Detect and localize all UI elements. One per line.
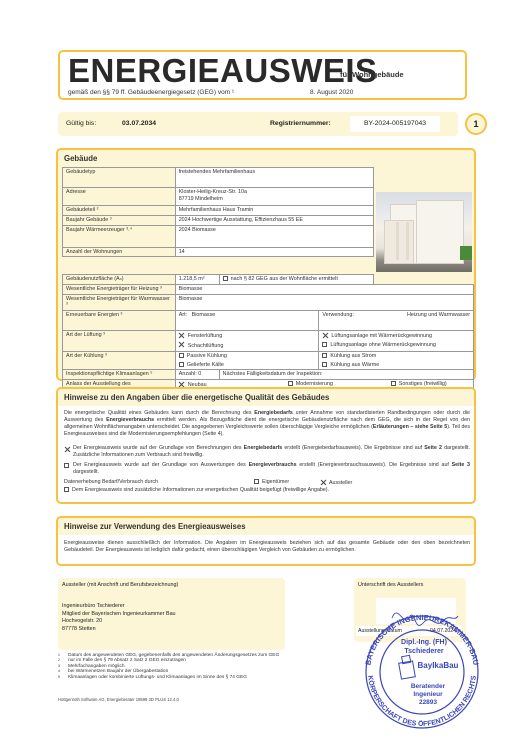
data-collection-row: Datenerhebung Bedarf/Verbrauch durch Eig… [64, 479, 470, 486]
checkbox-passive-cooling[interactable] [179, 353, 184, 358]
svg-text:Tschiederer: Tschiederer [404, 648, 443, 655]
energy-table: Gebäudenutzfläche (Aₙ) 1.218,5 m² nach §… [62, 274, 474, 398]
law-reference: gemäß den §§ 79 ff. Gebäudeenergiegesetz… [68, 89, 234, 96]
table-row: Baujahr Gebäude ³2024 Hochwertige Aussta… [63, 215, 374, 225]
table-row: Erneuerbare Energien ³ Art: Biomasse Ver… [63, 311, 474, 331]
quality-section: Hinweise zu den Angaben über die energet… [56, 387, 476, 504]
checkbox-delivered-cold[interactable] [179, 362, 184, 367]
valid-until-value: 03.07.2034 [122, 120, 156, 127]
checkbox-shaft-ventilation[interactable] [179, 342, 185, 348]
checkbox-consumption-based[interactable] [64, 463, 69, 468]
checkbox-living-area[interactable] [223, 276, 228, 281]
building-section: Gebäude Gebäudetypfreistehendes Mehrfami… [56, 148, 476, 381]
checkbox-owner[interactable] [254, 479, 259, 484]
checkbox-additional-info[interactable] [64, 487, 69, 492]
checkbox-demand-based[interactable] [64, 446, 70, 452]
issuer-label: Aussteller (mit Anschrift und Berufsbeze… [62, 582, 178, 588]
table-row: AdresseKloster-Heilig-Kreuz-Str. 10a8771… [63, 188, 374, 206]
building-table: Gebäudetypfreistehendes Mehrfamilienhaus… [62, 167, 374, 257]
table-row: Anzahl der Wohnungen14 [63, 247, 374, 257]
checkbox-electric-cooling[interactable] [322, 353, 327, 358]
svg-text:Ingenieur: Ingenieur [413, 691, 443, 698]
validity-bar: Gültig bis: 03.07.2034 Registriernummer:… [58, 112, 458, 136]
law-date: 8. August 2020 [310, 89, 353, 96]
table-row: Gebäudetypfreistehendes Mehrfamilienhaus [63, 168, 374, 188]
table-row: Gebäudenutzfläche (Aₙ) 1.218,5 m² nach §… [63, 275, 474, 285]
issuer-address: Ingenieurbüro Tschiederer Mitglied der B… [62, 603, 176, 633]
quality-section-title: Hinweise zu den Angaben über die energet… [64, 393, 329, 402]
usage-section-title: Hinweise zur Verwendung des Energieauswe… [64, 522, 246, 531]
svg-text:Dipl.-Ing. (FH): Dipl.-Ing. (FH) [401, 639, 447, 646]
checkbox-no-heat-recovery[interactable] [322, 342, 327, 347]
building-section-title: Gebäude [64, 154, 97, 163]
signature-label: Unterschrift des Ausstellers [358, 582, 423, 588]
registration-label: Registriernummer: [270, 120, 331, 127]
demand-option: Der Energieausweis wurde auf der Grundla… [64, 445, 470, 459]
checkbox-heat-cooling[interactable] [322, 362, 327, 367]
checkbox-window-ventilation[interactable] [179, 332, 185, 338]
svg-text:22893: 22893 [419, 699, 437, 706]
quality-intro: Die energetische Qualität eines Gebäudes… [64, 410, 470, 438]
table-row: Art der Lüftung ³ Fensterlüftung Lüftung… [63, 331, 474, 341]
table-row: Gebäudeteil ²Mehrfamilienhaus Haus Trami… [63, 206, 374, 216]
footnotes: 1Datum des angewendeten GEG, gegebenenfa… [58, 653, 279, 680]
official-stamp: BAYERISCHE INGENIEUREKAMMER-BAU KÖRPERSC… [352, 600, 492, 730]
svg-text:Beratender: Beratender [411, 683, 446, 690]
document-title: ENERGIEAUSWEIS [68, 54, 378, 88]
usage-text: Energieausweise dienen ausschließlich de… [64, 540, 470, 554]
page-number-badge: 1 [465, 113, 487, 135]
checkbox-heat-recovery[interactable] [322, 332, 328, 338]
table-row: Art der Kühlung ³ Passive Kühlung Kühlun… [63, 351, 474, 360]
table-row: Wesentliche Energieträger für Heizung ³B… [63, 284, 474, 294]
consumption-option: Der Energieausweis wurde auf der Grundla… [64, 462, 470, 476]
issuer-box: Aussteller (mit Anschrift und Berufsbeze… [58, 578, 285, 650]
checkbox-modernization[interactable] [288, 381, 293, 386]
checkbox-other[interactable] [391, 381, 396, 386]
checkbox-issuer[interactable] [320, 479, 326, 485]
registration-number: BY-2024-005197043 [350, 116, 440, 132]
software-credit: Hottgenroth Software AG, Energieberater … [58, 697, 179, 702]
table-row: Inspektionspflichtige Klimaanlagen ⁵ Anz… [63, 370, 474, 380]
title-block: ENERGIEAUSWEIS für Wohngebäude gemäß den… [58, 50, 467, 100]
table-row: Baujahr Wärmeerzeuger ³˒⁴2024 Biomasse [63, 225, 374, 247]
additional-info-row: Dem Energieausweis sind zusätzliche Info… [64, 487, 470, 494]
valid-until-label: Gültig bis: [66, 120, 96, 127]
building-photo [376, 192, 472, 272]
usage-section: Hinweise zur Verwendung des Energieauswe… [56, 516, 476, 566]
table-row: Wesentliche Energieträger für Warmwasser… [63, 294, 474, 311]
svg-text:BayIkaBau: BayIkaBau [418, 661, 459, 670]
document-subtitle: für Wohngebäude [340, 70, 404, 79]
